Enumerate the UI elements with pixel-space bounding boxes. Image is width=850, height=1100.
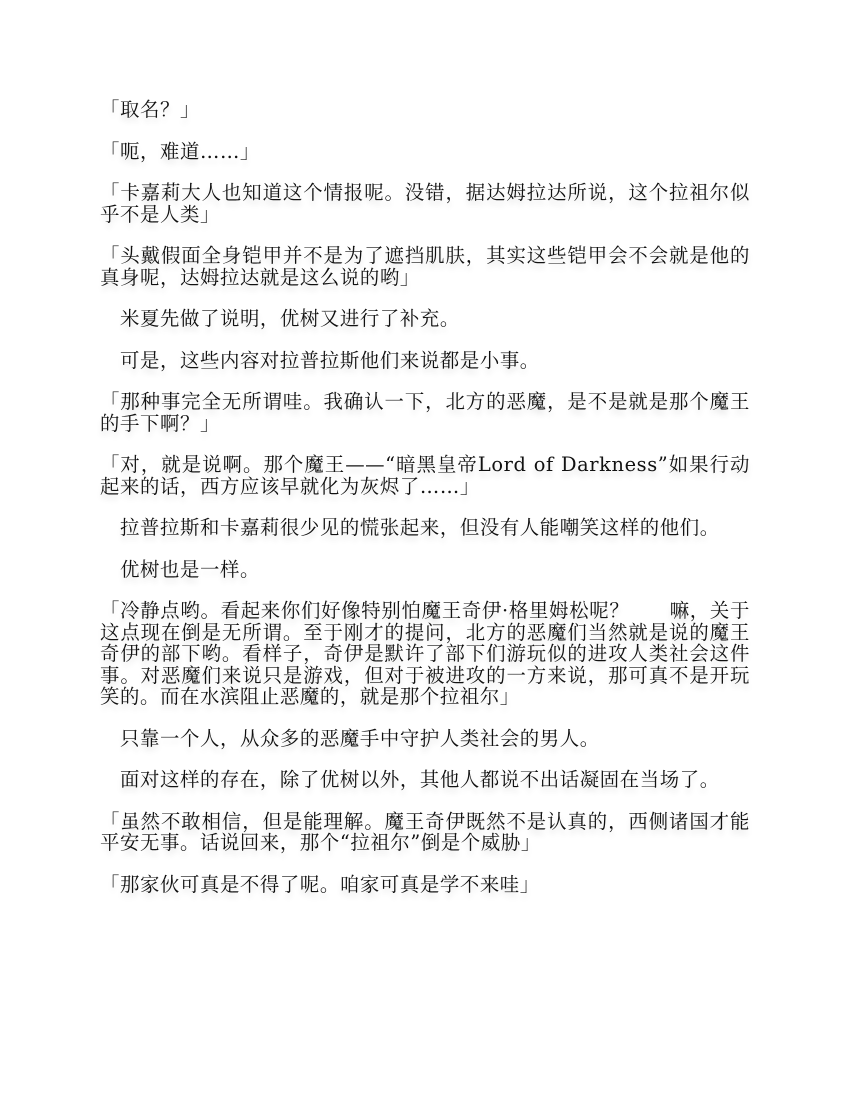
- dialogue-paragraph: 「呃，难道……」: [100, 141, 750, 163]
- narration-paragraph: 面对这样的存在，除了优树以外，其他人都说不出话凝固在当场了。: [100, 769, 750, 791]
- dialogue-paragraph: 「对，就是说啊。那个魔王——“暗黑皇帝Lord of Darkness”如果行动…: [100, 454, 750, 497]
- dialogue-paragraph: 「头戴假面全身铠甲并不是为了遮挡肌肤，其实这些铠甲会不会就是他的真身呢，达姆拉达…: [100, 245, 750, 288]
- narration-paragraph: 拉普拉斯和卡嘉莉很少见的慌张起来，但没有人能嘲笑这样的他们。: [100, 517, 750, 539]
- narration-paragraph: 只靠一个人，从众多的恶魔手中守护人类社会的男人。: [100, 728, 750, 750]
- document-page: 「取名？」 「呃，难道……」 「卡嘉莉大人也知道这个情报呢。没错，据达姆拉达所说…: [100, 99, 750, 915]
- narration-paragraph: 可是，这些内容对拉普拉斯他们来说都是小事。: [100, 350, 750, 372]
- dialogue-paragraph: 「虽然不敢相信，但是能理解。魔王奇伊既然不是认真的，西侧诸国才能平安无事。话说回…: [100, 811, 750, 854]
- dialogue-paragraph: 「那种事完全无所谓哇。我确认一下，北方的恶魔，是不是就是那个魔王的手下啊？」: [100, 391, 750, 434]
- narration-paragraph: 优树也是一样。: [100, 559, 750, 581]
- dialogue-paragraph: 「冷静点哟。看起来你们好像特别怕魔王奇伊·格里姆松呢？ 嘛，关于这点现在倒是无所…: [100, 600, 750, 708]
- narration-paragraph: 米夏先做了说明，优树又进行了补充。: [100, 308, 750, 330]
- dialogue-paragraph: 「卡嘉莉大人也知道这个情报呢。没错，据达姆拉达所说，这个拉祖尔似乎不是人类」: [100, 182, 750, 225]
- dialogue-paragraph: 「取名？」: [100, 99, 750, 121]
- dialogue-paragraph: 「那家伙可真是不得了呢。咱家可真是学不来哇」: [100, 874, 750, 896]
